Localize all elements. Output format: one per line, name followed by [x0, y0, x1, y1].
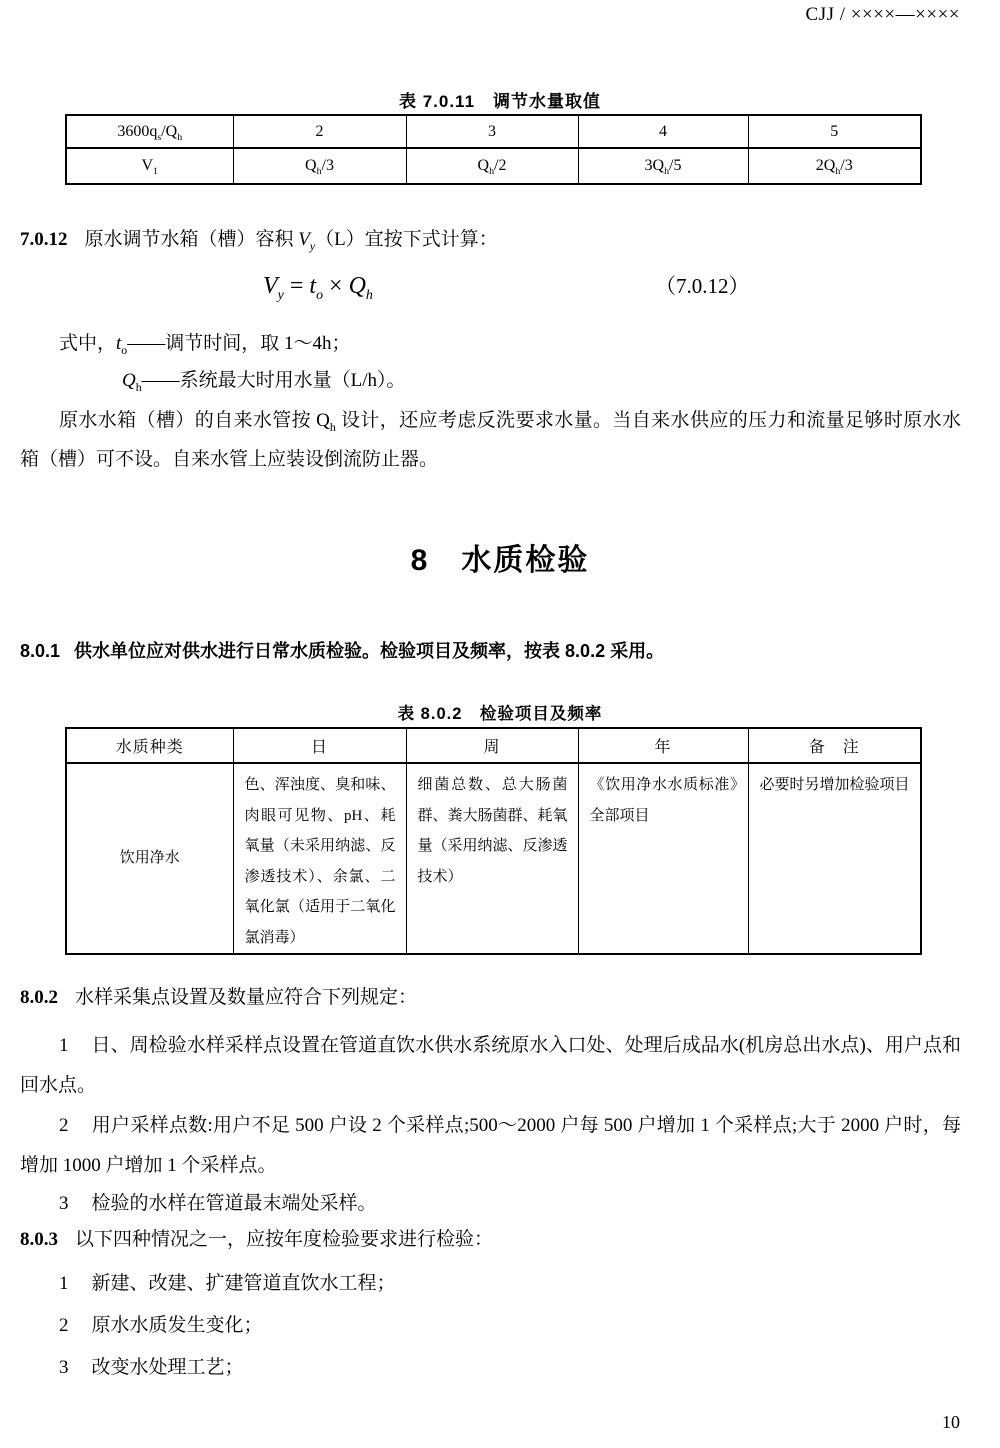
- table-cell-remark: 必要时另增加检验项目: [748, 763, 921, 954]
- table-cell-type: 饮用净水: [66, 763, 233, 954]
- table-row: 3600qs/Qh 2 3 4 5: [66, 115, 921, 148]
- clause-7-0-12-paragraph: 原水水箱（槽）的自来水管按 Qh 设计，还应考虑反洗要求水量。当自来水供应的压力…: [20, 401, 961, 479]
- item-text: 用户采样点数:用户不足 500 户设 2 个采样点;500～2000 户每 50…: [20, 1115, 961, 1176]
- table-row: 饮用净水 色、浑浊度、臭和味、肉眼可见物、pH、耗氧量（未采用纳滤、反渗透技术）…: [66, 763, 921, 954]
- column-header: 备 注: [748, 728, 921, 763]
- table-cell: Qh/3: [233, 148, 406, 184]
- item-text: 新建、改建、扩建管道直饮水工程；: [92, 1273, 396, 1294]
- section-8-heading: 8 水质检验: [0, 535, 1000, 579]
- clause-7-0-12: 7.0.12原水调节水箱（槽）容积 Vy（L）宜按下式计算：: [20, 226, 961, 253]
- clause-item: 2用户采样点数:用户不足 500 户设 2 个采样点;500～2000 户每 5…: [20, 1106, 961, 1186]
- item-number: 2: [59, 1315, 69, 1336]
- clause-item: 3改变水处理工艺；: [20, 1348, 961, 1388]
- table-cell: 2: [233, 115, 406, 148]
- table-row: V1 Qh/3 Qh/2 3Qh/5 2Qh/3: [66, 148, 921, 184]
- clause-8-0-2: 8.0.2水样采集点设置及数量应符合下列规定：: [20, 984, 961, 1011]
- column-header: 日: [233, 728, 406, 763]
- table-8-0-2: 水质种类 日 周 年 备 注 饮用净水 色、浑浊度、臭和味、肉眼可见物、pH、耗…: [65, 727, 922, 955]
- table-header-row: 水质种类 日 周 年 备 注: [66, 728, 921, 763]
- item-number: 3: [59, 1193, 69, 1214]
- item-number: 3: [59, 1357, 69, 1378]
- document-code: CJJ / ××××—××××: [806, 4, 960, 26]
- page-number: 10: [942, 1412, 960, 1433]
- item-text: 日、周检验水样采样点设置在管道直饮水供水系统原水入口处、处理后成品水(机房总出水…: [20, 1035, 961, 1096]
- item-text: 原水水质发生变化；: [92, 1315, 263, 1336]
- formula: Vy = to × Qh: [263, 264, 373, 308]
- formula-where-line: Qh——系统最大时用水量（L/h）。: [122, 365, 406, 392]
- formula-row: Vy = to × Qh （7.0.12）: [0, 264, 1000, 314]
- clause-number: 8.0.1: [20, 641, 60, 661]
- clause-item: 3检验的水样在管道最末端处采样。: [20, 1184, 961, 1224]
- clause-text: 水样采集点设置及数量应符合下列规定：: [75, 987, 417, 1008]
- clause-item: 2原水水质发生变化；: [20, 1306, 961, 1346]
- clause-number: 8.0.3: [20, 1229, 58, 1250]
- clause-number: 8.0.2: [20, 987, 58, 1008]
- item-number: 2: [59, 1115, 69, 1136]
- clause-item: 1新建、改建、扩建管道直饮水工程；: [20, 1264, 961, 1304]
- document-page: CJJ / ××××—×××× 表 7.0.11 调节水量取值 3600qs/Q…: [0, 0, 1000, 1448]
- table-cell-weekly: 细菌总数、总大肠菌群、粪大肠菌群、耗氧量（采用纳滤、反渗透技术）: [406, 763, 578, 954]
- formula-where-line: 式中，to——调节时间，取 1～4h；: [59, 328, 350, 355]
- clause-8-0-3: 8.0.3以下四种情况之一，应按年度检验要求进行检验：: [20, 1226, 961, 1253]
- table-cell: Qh/2: [406, 148, 578, 184]
- table-7-0-11: 3600qs/Qh 2 3 4 5 V1 Qh/3 Qh/2 3Qh/5 2Qh…: [65, 114, 922, 185]
- clause-text: 原水调节水箱（槽）容积 Vy（L）宜按下式计算：: [85, 229, 498, 250]
- column-header: 周: [406, 728, 578, 763]
- table-cell: 2Qh/3: [748, 148, 921, 184]
- table-cell-yearly: 《饮用净水水质标准》全部项目: [578, 763, 748, 954]
- item-number: 1: [59, 1035, 69, 1056]
- table-cell: V1: [66, 148, 233, 184]
- table-7-0-11-caption: 表 7.0.11 调节水量取值: [0, 87, 1000, 112]
- column-header: 年: [578, 728, 748, 763]
- table-cell: 3600qs/Qh: [66, 115, 233, 148]
- clause-number: 7.0.12: [20, 229, 68, 250]
- column-header: 水质种类: [66, 728, 233, 763]
- table-cell: 3Qh/5: [578, 148, 748, 184]
- clause-text: 以下四种情况之一，应按年度检验要求进行检验：: [75, 1229, 493, 1250]
- item-text: 改变水处理工艺；: [92, 1357, 244, 1378]
- clause-text: 供水单位应对供水进行日常水质检验。检验项目及频率，按表 8.0.2 采用。: [74, 641, 664, 661]
- table-cell: 5: [748, 115, 921, 148]
- table-cell: 4: [578, 115, 748, 148]
- table-cell: 3: [406, 115, 578, 148]
- clause-8-0-1: 8.0.1供水单位应对供水进行日常水质检验。检验项目及频率，按表 8.0.2 采…: [20, 637, 961, 663]
- item-number: 1: [59, 1273, 69, 1294]
- item-text: 检验的水样在管道最末端处采样。: [92, 1193, 377, 1214]
- formula-number: （7.0.12）: [655, 264, 750, 308]
- table-8-0-2-caption: 表 8.0.2 检验项目及频率: [0, 700, 1000, 724]
- clause-item: 1日、周检验水样采样点设置在管道直饮水供水系统原水入口处、处理后成品水(机房总出…: [20, 1026, 961, 1106]
- table-cell-daily: 色、浑浊度、臭和味、肉眼可见物、pH、耗氧量（未采用纳滤、反渗透技术）、余氯、二…: [233, 763, 406, 954]
